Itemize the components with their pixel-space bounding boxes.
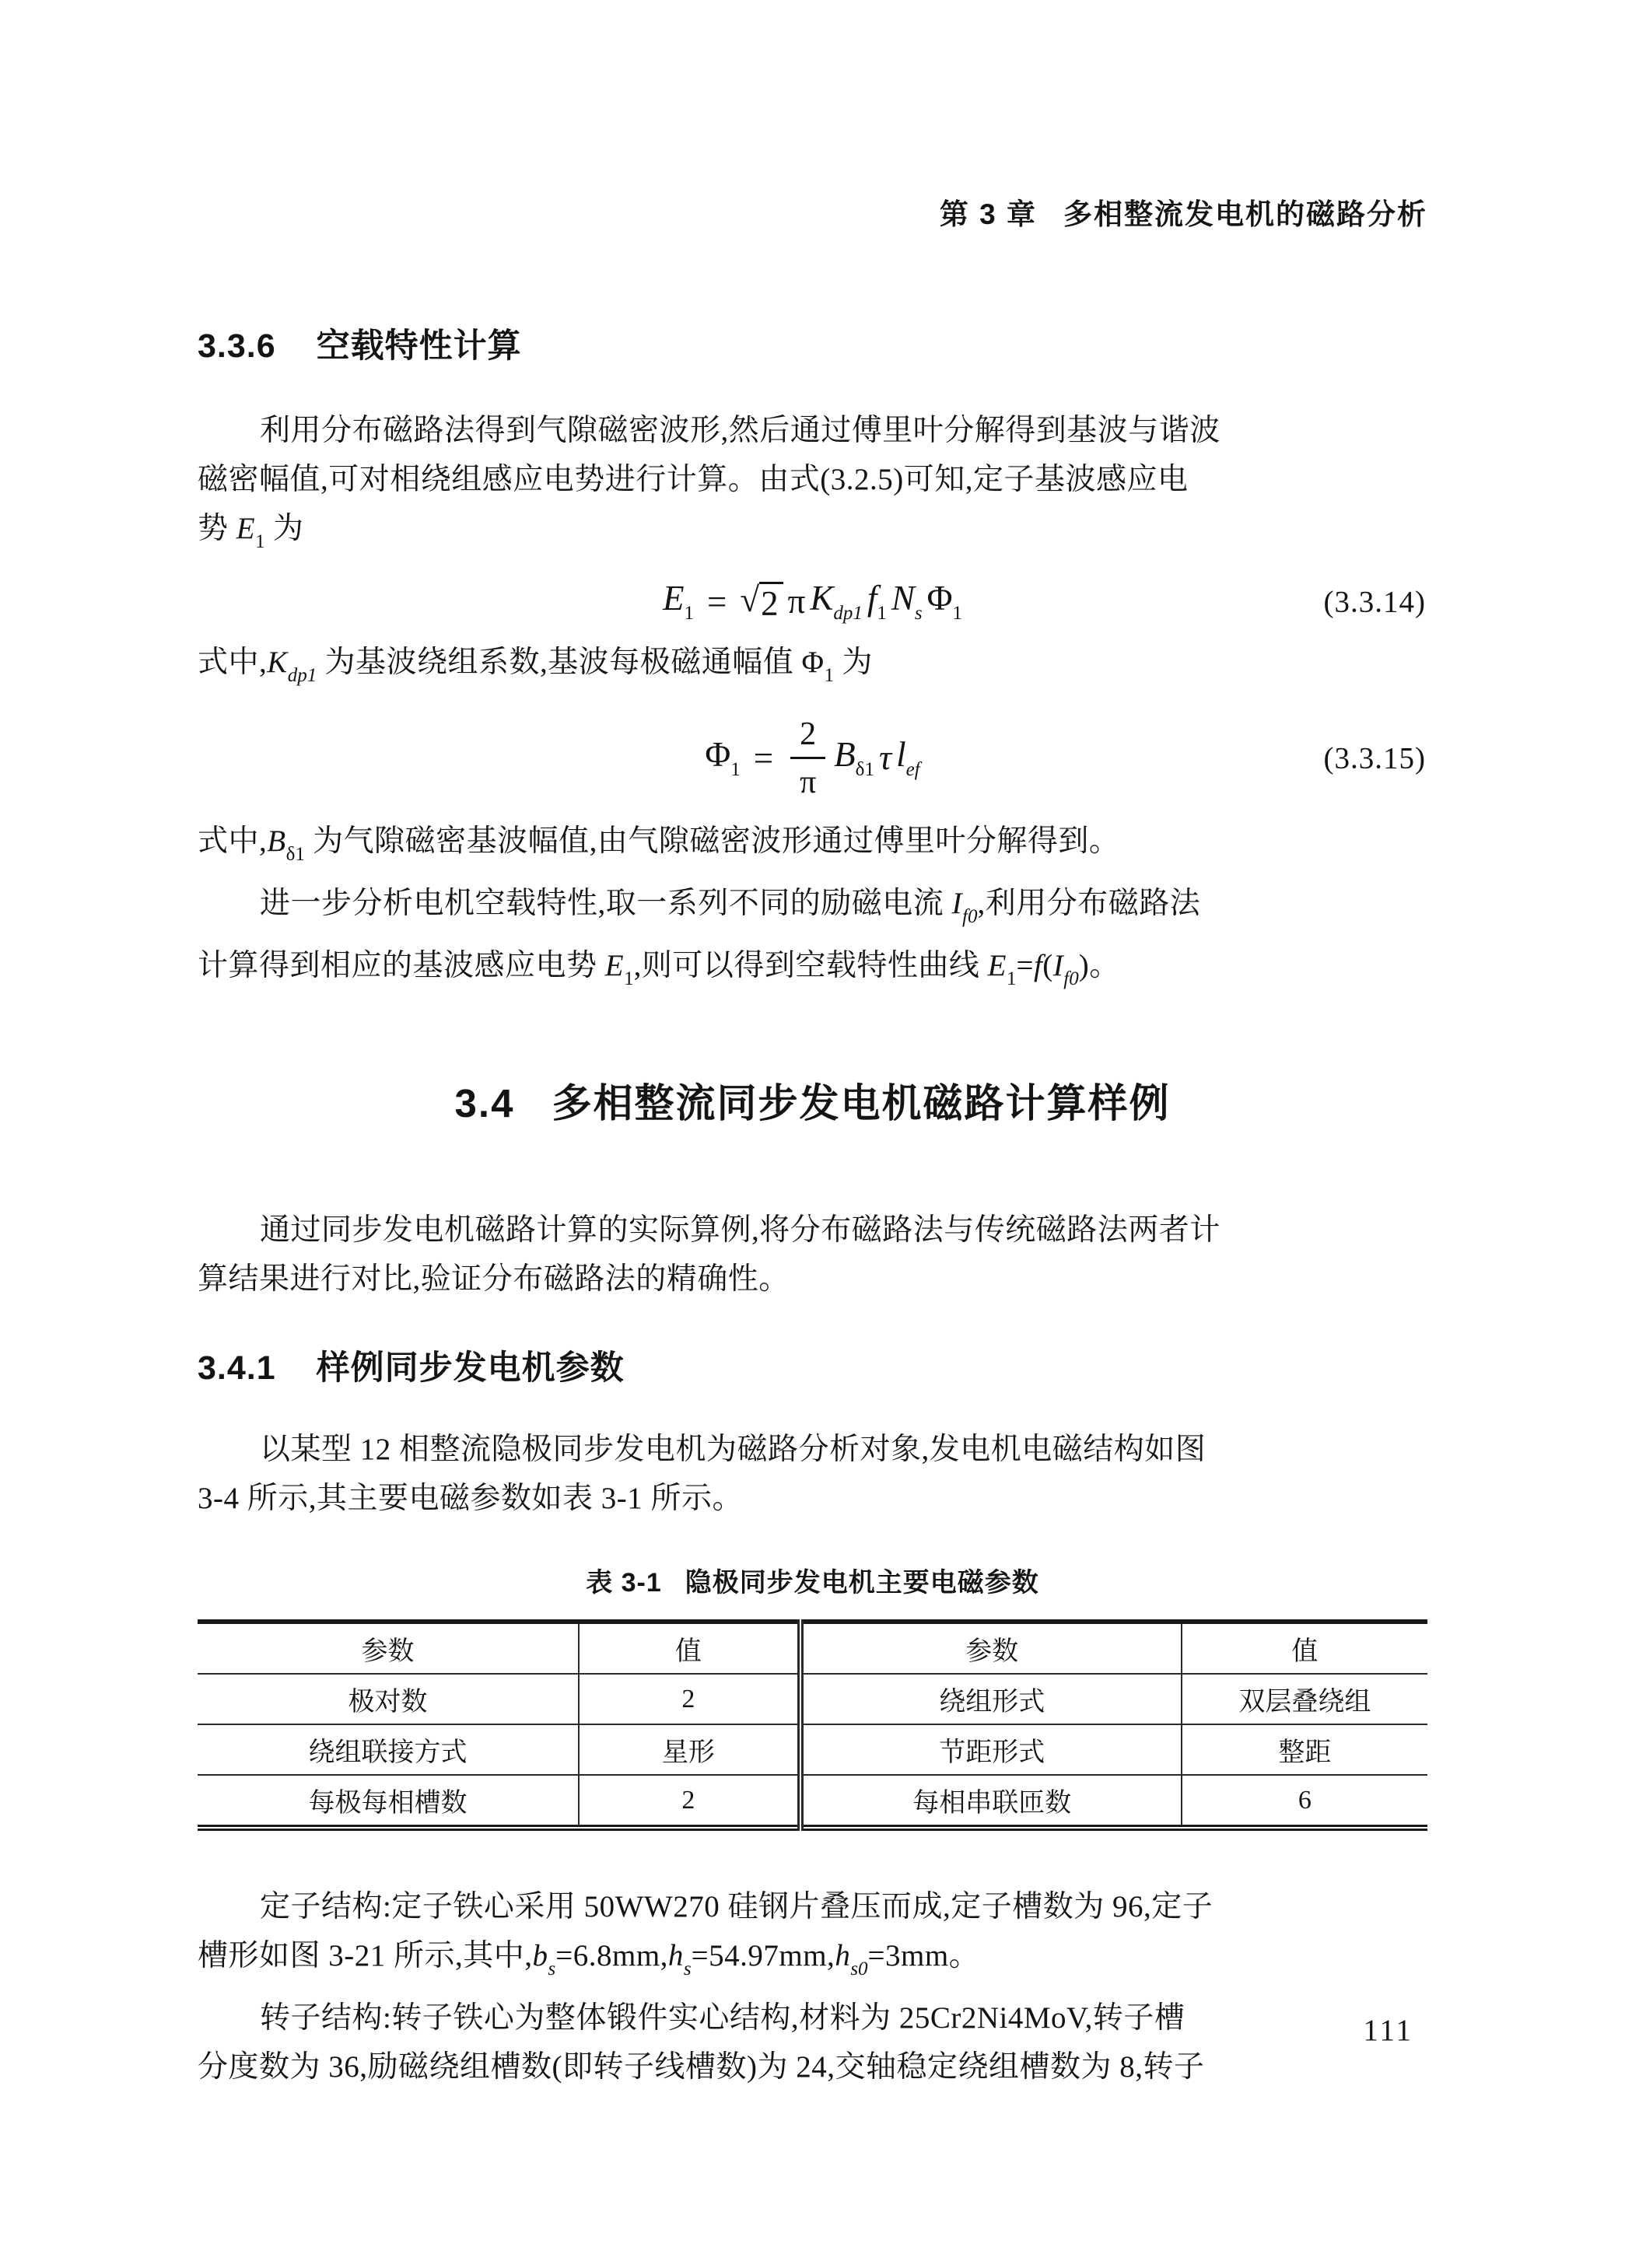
table-label: 表 3-1: [586, 1568, 662, 1598]
equation-body: E1 = √2 π Kdp1 f1 Ns Φ1: [660, 579, 965, 625]
math-var: N: [891, 579, 915, 618]
math-var: I: [1053, 949, 1064, 982]
section-title: 多相整流同步发电机磁路计算样例: [552, 1081, 1170, 1125]
page-content: 第 3 章多相整流发电机的磁路分析 3.3.6空载特性计算 利用分布磁路法得到气…: [198, 0, 1427, 2091]
math-var: I: [952, 887, 963, 920]
table-cell: 绕组联接方式: [198, 1724, 579, 1775]
paragraph-stator-rotor: 定子结构:定子铁心采用 50WW270 硅钢片叠压而成,定子槽数为 96,定子 …: [198, 1882, 1427, 2091]
math-sub: s: [915, 603, 923, 624]
equals-sign: =: [1016, 949, 1034, 982]
section-number: 3.4.1: [198, 1349, 276, 1387]
text-run: 为气隙磁密基波幅值,由气隙磁密波形通过傅里叶分解得到。: [305, 824, 1120, 858]
paragraph-where-kdp1: 式中,Kdp1 为基波绕组系数,基波每极磁通幅值 Φ1 为: [198, 638, 1427, 700]
section-number: 3.3.6: [198, 327, 276, 365]
math-var: E: [988, 949, 1007, 982]
equals-sign: =: [754, 738, 773, 779]
math-term: Φ1: [927, 579, 962, 625]
section-number: 3.4: [455, 1081, 515, 1125]
math-var: f: [867, 579, 877, 618]
math-sub: s0: [850, 1958, 867, 1979]
text-run: 计算得到相应的基波感应电势: [198, 949, 605, 982]
table-cell: 整距: [1182, 1724, 1427, 1775]
math-sub: 1: [825, 665, 835, 686]
table-caption: 表 3-1隐极同步发电机主要电磁参数: [198, 1566, 1427, 1599]
text-run: )。: [1079, 949, 1120, 982]
text-line: 以某型 12 相整流隐极同步发电机为磁路分析对象,发电机电磁结构如图: [198, 1425, 1427, 1474]
math-var: l: [896, 735, 906, 774]
table-header-cell: 值: [1182, 1622, 1427, 1674]
chapter-label: 第 3 章: [940, 198, 1037, 230]
text-run: =6.8mm,: [555, 1939, 668, 1972]
equation-number: (3.3.15): [1324, 741, 1426, 776]
text-line: 势 E1 为: [198, 504, 1427, 566]
math-sub: 1: [877, 603, 887, 624]
table-cell: 2: [579, 1674, 800, 1724]
text-run: (: [1042, 949, 1053, 982]
text-run: 为基波绕组系数,基波每极磁通幅值: [317, 646, 801, 679]
math-var: Φ: [705, 735, 730, 774]
math-sub: 1: [624, 968, 634, 989]
table-cell: 节距形式: [800, 1724, 1182, 1775]
text-line: 进一步分析电机空载特性,取一系列不同的励磁电流 If0,利用分布磁路法: [198, 879, 1427, 941]
paragraph-machine-params: 以某型 12 相整流隐极同步发电机为磁路分析对象,发电机电磁结构如图 3-4 所…: [198, 1425, 1427, 1523]
math-var: h: [835, 1939, 850, 1972]
table-row: 绕组联接方式 星形 节距形式 整距: [198, 1724, 1427, 1775]
pi-symbol: π: [788, 583, 806, 621]
text-run: 为: [265, 512, 304, 545]
table-title: 隐极同步发电机主要电磁参数: [685, 1568, 1039, 1598]
math-var: b: [533, 1939, 548, 1972]
math-var: K: [810, 579, 833, 618]
text-line: 槽形如图 3-21 所示,其中,bs=6.8mm,hs=54.97mm,hs0=…: [198, 1931, 1427, 1993]
page-number: 111: [1363, 2013, 1413, 2048]
math-sub: s: [548, 1958, 556, 1979]
text-line: 通过同步发电机磁路计算的实际算例,将分布磁路法与传统磁路法两者计: [198, 1206, 1427, 1255]
text-run: ,则可以得到空载特性曲线: [634, 949, 988, 982]
math-sub: dp1: [833, 603, 863, 624]
section-heading-3-4-1: 3.4.1样例同步发电机参数: [198, 1349, 1427, 1388]
math-sub: 1: [1007, 968, 1017, 989]
math-sub: 1: [255, 531, 265, 552]
text-line: 式中,Bδ1 为气隙磁密基波幅值,由气隙磁密波形通过傅里叶分解得到。: [198, 817, 1427, 879]
math-term: E1: [663, 579, 694, 625]
math-var: Φ: [802, 646, 825, 679]
table-cell: 每相串联匝数: [800, 1775, 1182, 1828]
table-cell: 每极每相槽数: [198, 1775, 579, 1828]
fraction-numerator: 2: [790, 717, 825, 758]
text-run: 进一步分析电机空载特性,取一系列不同的励磁电流: [260, 887, 952, 920]
paragraph-noload-intro: 利用分布磁路法得到气隙磁密波形,然后通过傅里叶分解得到基波与谐波 磁密幅值,可对…: [198, 406, 1427, 566]
text-run: =3mm。: [868, 1939, 980, 1972]
math-var: B: [834, 735, 856, 774]
math-var: f: [1034, 949, 1042, 982]
table-cell: 6: [1182, 1775, 1427, 1828]
equals-sign: =: [707, 582, 727, 622]
math-sub: f0: [1063, 968, 1078, 989]
math-var: K: [267, 646, 288, 679]
math-term: f1: [867, 579, 887, 625]
math-var: E: [605, 949, 624, 982]
radical-sign: √: [740, 582, 759, 618]
math-term: Ns: [891, 579, 923, 625]
math-term: Φ1: [705, 736, 740, 781]
text-line: 定子结构:定子铁心采用 50WW270 硅钢片叠压而成,定子槽数为 96,定子: [198, 1882, 1427, 1931]
math-term: lef: [896, 736, 920, 781]
text-line: 磁密幅值,可对相绕组感应电势进行计算。由式(3.2.5)可知,定子基波感应电: [198, 455, 1427, 504]
text-line: 转子结构:转子铁心为整体锻件实心结构,材料为 25Cr2Ni4MoV,转子槽: [198, 1993, 1427, 2042]
paragraph-example-intro: 通过同步发电机磁路计算的实际算例,将分布磁路法与传统磁路法两者计 算结果进行对比…: [198, 1206, 1427, 1304]
math-var: Φ: [927, 579, 953, 618]
table-row: 极对数 2 绕组形式 双层叠绕组: [198, 1674, 1427, 1724]
table-cell: 绕组形式: [800, 1674, 1182, 1724]
math-var: h: [668, 1939, 684, 1972]
table-cell: 极对数: [198, 1674, 579, 1724]
text-line: 利用分布磁路法得到气隙磁密波形,然后通过傅里叶分解得到基波与谐波: [198, 406, 1427, 455]
math-sub: dp1: [288, 665, 317, 686]
text-run: 式中,: [198, 824, 267, 858]
table-header-cell: 参数: [198, 1622, 579, 1674]
text-run: =54.97mm,: [692, 1939, 835, 1972]
text-run: 槽形如图 3-21 所示,其中,: [198, 1939, 533, 1972]
math-term: Bδ1: [834, 736, 874, 781]
document-page: 第 3 章多相整流发电机的磁路分析 3.3.6空载特性计算 利用分布磁路法得到气…: [0, 0, 1625, 2268]
math-sub: δ1: [286, 844, 305, 865]
equation-body: Φ1 = 2π Bδ1 τ lef: [702, 717, 922, 799]
table-header-cell: 参数: [800, 1622, 1182, 1674]
fraction: 2π: [790, 717, 825, 799]
running-header: 第 3 章多相整流发电机的磁路分析: [198, 0, 1427, 233]
math-sub: 1: [684, 603, 694, 624]
text-line: 计算得到相应的基波感应电势 E1,则可以得到空载特性曲线 E1=f(If0)。: [198, 941, 1427, 1003]
table-header-cell: 值: [579, 1622, 800, 1674]
text-line: 算结果进行对比,验证分布磁路法的精确性。: [198, 1255, 1427, 1304]
text-run: 势: [198, 512, 236, 545]
table-row: 每极每相槽数 2 每相串联匝数 6: [198, 1775, 1427, 1828]
text-line: 分度数为 36,励磁绕组槽数(即转子线槽数)为 24,交轴稳定绕组槽数为 8,转…: [198, 2042, 1427, 2091]
chapter-title: 多相整流发电机的磁路分析: [1063, 198, 1427, 230]
equation-3-3-15: Φ1 = 2π Bδ1 τ lef (3.3.15): [198, 700, 1427, 817]
math-var: B: [267, 824, 285, 858]
math-term: Kdp1: [810, 579, 863, 625]
math-sub: ef: [906, 759, 920, 780]
sqrt-term: √2: [740, 582, 783, 622]
section-title: 样例同步发电机参数: [317, 1349, 625, 1387]
math-sub: δ1: [856, 759, 874, 780]
radicand: 2: [759, 582, 783, 622]
paragraph-noload-curve: 进一步分析电机空载特性,取一系列不同的励磁电流 If0,利用分布磁路法 计算得到…: [198, 879, 1427, 1003]
table-cell: 星形: [579, 1724, 800, 1775]
equation-3-3-14: E1 = √2 π Kdp1 f1 Ns Φ1 (3.3.14): [198, 566, 1427, 638]
text-run: ,利用分布磁路法: [977, 887, 1200, 920]
math-sub: 1: [953, 603, 963, 624]
text-line: 3-4 所示,其主要电磁参数如表 3-1 所示。: [198, 1474, 1427, 1523]
paragraph-where-bdelta1: 式中,Bδ1 为气隙磁密基波幅值,由气隙磁密波形通过傅里叶分解得到。: [198, 817, 1427, 879]
section-heading-3-4: 3.4多相整流同步发电机磁路计算样例: [198, 1080, 1427, 1128]
math-var: E: [663, 579, 685, 618]
section-title: 空载特性计算: [317, 327, 522, 365]
text-run: 为: [834, 646, 873, 679]
table-header-row: 参数 值 参数 值: [198, 1622, 1427, 1674]
math-sub: 1: [730, 759, 741, 780]
tau-symbol: τ: [879, 739, 891, 778]
text-run: 式中,: [198, 646, 267, 679]
section-heading-3-3-6: 3.3.6空载特性计算: [198, 327, 1427, 366]
fraction-denominator: π: [800, 759, 816, 800]
table-3-1: 参数 值 参数 值 极对数 2 绕组形式 双层叠绕组 绕组联接方式 星形 节距形…: [198, 1619, 1427, 1831]
table-cell: 双层叠绕组: [1182, 1674, 1427, 1724]
math-sub: s: [684, 1958, 692, 1979]
equation-number: (3.3.14): [1324, 585, 1426, 620]
math-sub: f0: [962, 906, 977, 927]
text-line: 式中,Kdp1 为基波绕组系数,基波每极磁通幅值 Φ1 为: [198, 638, 1427, 700]
table-cell: 2: [579, 1775, 800, 1828]
math-var: E: [236, 512, 255, 545]
